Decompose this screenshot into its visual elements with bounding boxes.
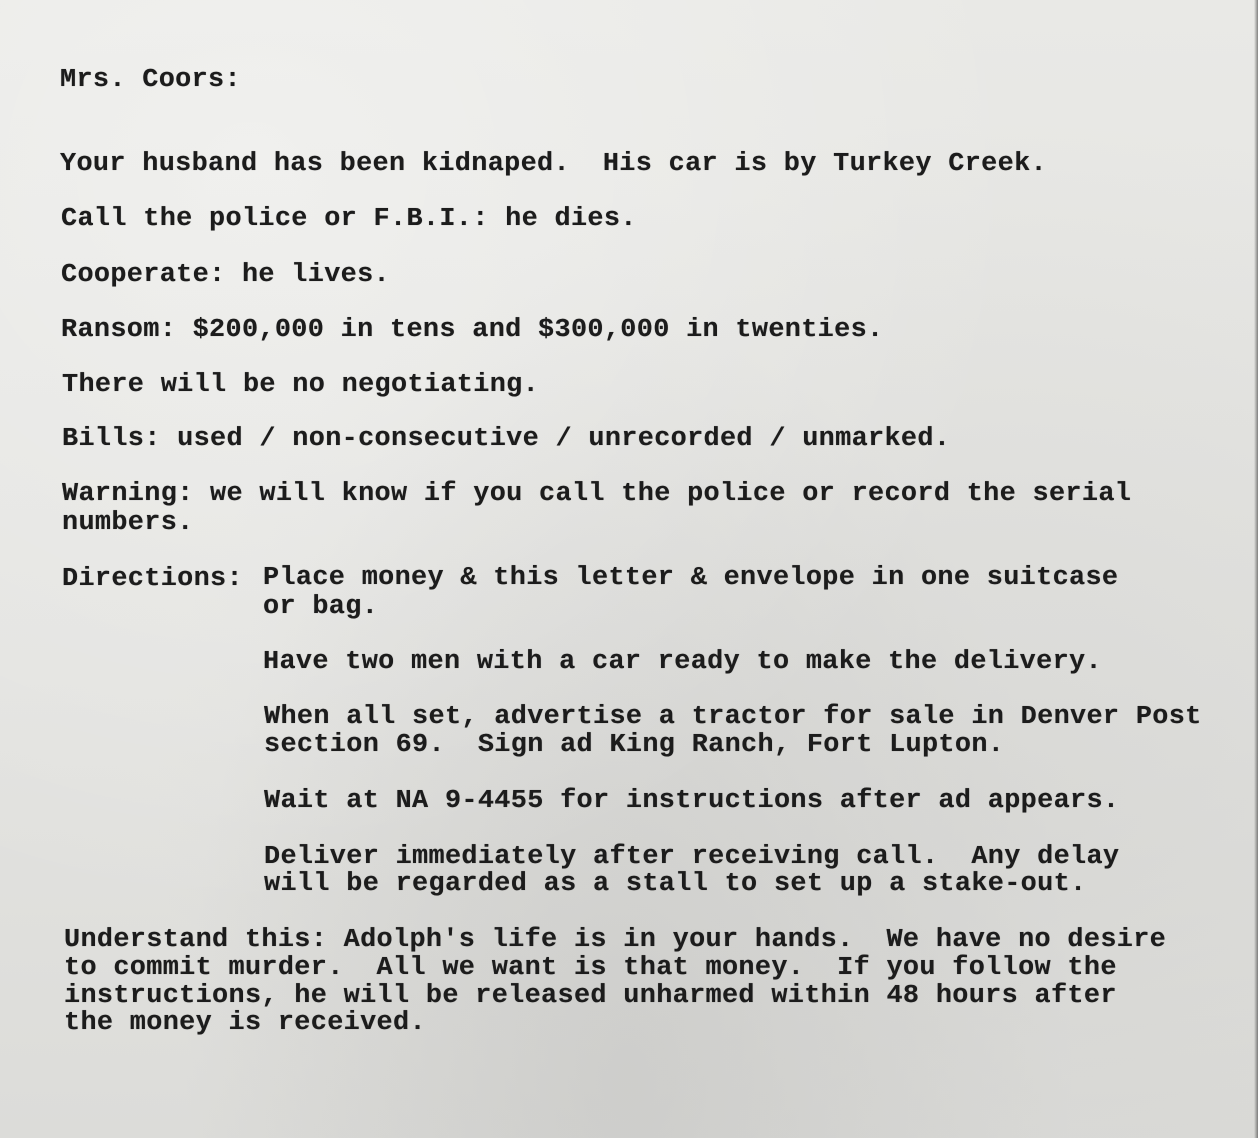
- direction-step4: Wait at NA 9-4455 for instructions after…: [264, 787, 1119, 815]
- line-negotiating: There will be no negotiating.: [62, 371, 539, 399]
- closing-line4: the money is received.: [64, 1009, 426, 1037]
- closing-line1: Understand this: Adolph's life is in you…: [64, 926, 1166, 954]
- line-police: Call the police or F.B.I.: he dies.: [61, 205, 637, 233]
- paper-edge-shadow: [1254, 0, 1258, 1138]
- direction-step5-line1: Deliver immediately after receiving call…: [264, 843, 1119, 871]
- line-bills: Bills: used / non-consecutive / unrecord…: [62, 425, 950, 453]
- closing-line3: instructions, he will be released unharm…: [64, 982, 1117, 1010]
- direction-step3-line2: section 69. Sign ad King Ranch, Fort Lup…: [264, 731, 1004, 759]
- direction-step5-line2: will be regarded as a stall to set up a …: [264, 870, 1086, 898]
- line-warning-1: Warning: we will know if you call the po…: [62, 480, 1131, 508]
- direction-step1-line2: or bag.: [263, 593, 378, 621]
- line-ransom: Ransom: $200,000 in tens and $300,000 in…: [61, 316, 883, 344]
- direction-step2: Have two men with a car ready to make th…: [263, 648, 1102, 676]
- direction-step3-line1: When all set, advertise a tractor for sa…: [264, 703, 1202, 731]
- salutation: Mrs. Coors:: [60, 66, 241, 94]
- directions-label: Directions:: [62, 565, 243, 593]
- direction-step1-line1: Place money & this letter & envelope in …: [263, 564, 1118, 592]
- line-warning-2: numbers.: [62, 509, 194, 537]
- line-kidnapped: Your husband has been kidnaped. His car …: [60, 150, 1047, 178]
- closing-line2: to commit murder. All we want is that mo…: [64, 954, 1117, 982]
- line-cooperate: Cooperate: he lives.: [61, 261, 390, 289]
